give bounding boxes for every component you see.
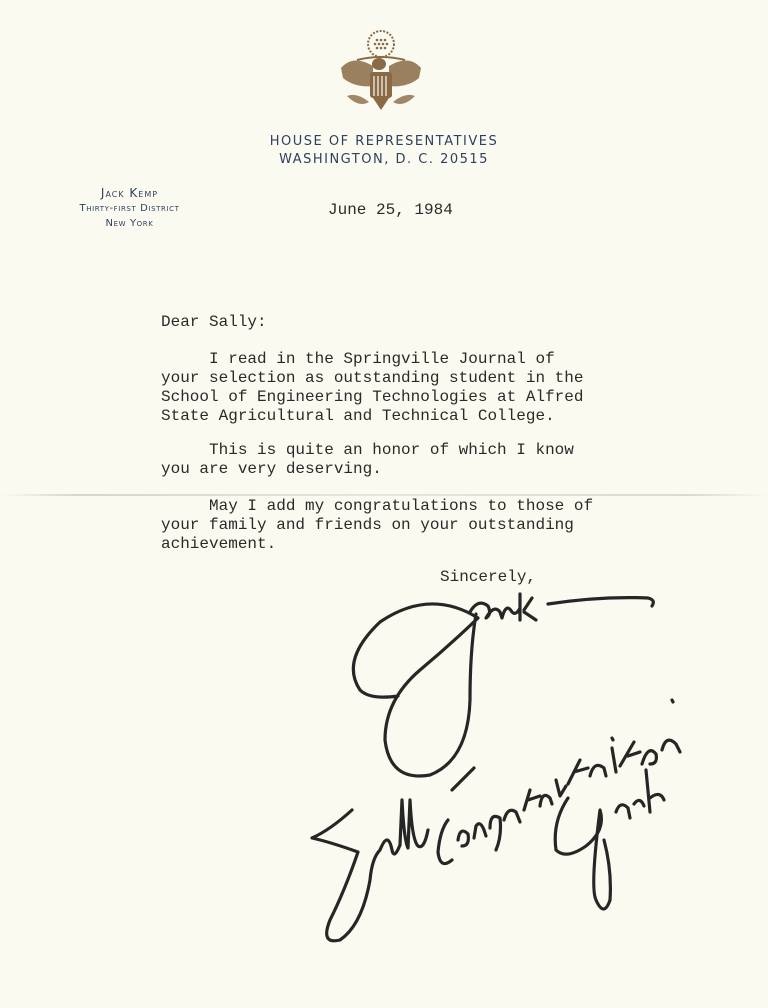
body-paragraph-2: This is quite an honor of which I know y… [161,441,574,479]
sender-state: New York [52,216,207,231]
letterhead-address: WASHINGTON, D. C. 20515 [0,152,768,167]
letter-date: June 25, 1984 [328,201,453,219]
inscription-congratulations [438,700,680,864]
inscription-jack [555,770,664,909]
body-paragraph-3: May I add my congratulations to those of… [161,497,593,554]
letterhead-title: HOUSE OF REPRESENTATIVES [0,134,768,149]
great-seal-eagle-icon [333,26,429,126]
closing: Sincerely, [440,568,536,586]
sender-block: Jack Kemp Thirty-first District New York [52,186,207,231]
inscription-sally [312,800,428,941]
paper-fold-crease [0,494,768,496]
sender-district: Thirty-first District [52,201,207,216]
signature-jack-kemp [353,604,478,776]
body-paragraph-1: I read in the Springville Journal of you… [161,350,583,426]
salutation: Dear Sally: [161,313,267,332]
sender-name: Jack Kemp [52,186,207,201]
